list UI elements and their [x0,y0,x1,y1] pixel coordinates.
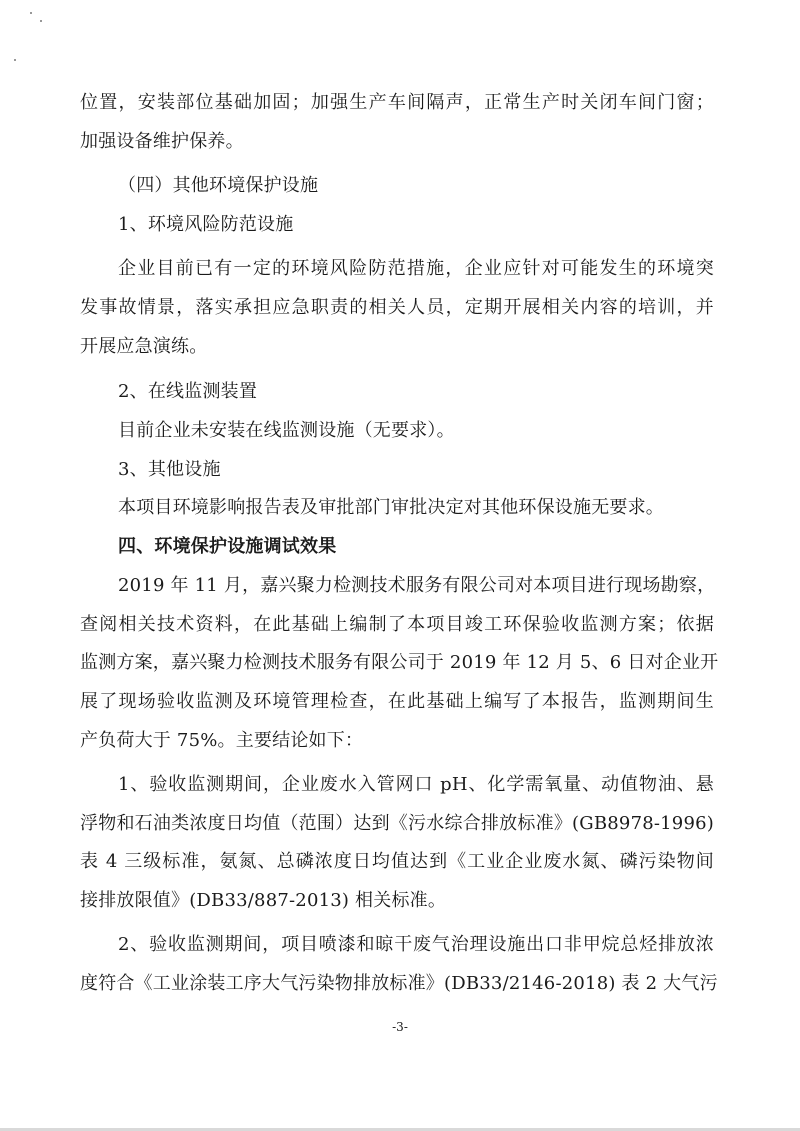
scan-speck [40,20,42,22]
text-line: 1、验收监测期间，企业废水入管网口 pH、化学需氧量、动值物油、悬 [118,773,714,797]
text-line: 表 4 三级标准，氨氮、总磷浓度日均值达到《工业企业废水氮、磷污染物间 [80,850,714,874]
text-line: 本项目环境影响报告表及审批部门审批决定对其他环保设施无要求。 [118,496,714,520]
text-line: 1、环境风险防范设施 [118,213,714,237]
text-line: 2019 年 11 月，嘉兴聚力检测技术服务有限公司对本项目进行现场勘察， [118,574,714,598]
text-line: 开展应急演练。 [80,335,714,359]
document-page: 位置，安装部位基础加固；加强生产车间隔声，正常生产时关闭车间门窗；加强设备维护保… [0,0,800,1131]
text-line: 发事故情景，落实承担应急职责的相关人员，定期开展相关内容的培训，并 [80,296,714,320]
section-heading: 四、环境保护设施调试效果 [118,535,714,559]
text-line: 2、在线监测装置 [118,380,714,404]
text-line: 接排放限值》(DB33/887-2013) 相关标准。 [80,889,714,913]
text-line: 3、其他设施 [118,458,714,482]
page-number: -3- [0,1020,800,1034]
text-line: 2、验收监测期间，项目喷漆和晾干废气治理设施出口非甲烷总烃排放浓 [118,933,714,957]
scan-speck [30,12,32,14]
text-line: （四）其他环境保护设施 [118,174,714,198]
text-line: 展了现场验收监测及环境管理检查，在此基础上编写了本报告，监测期间生 [80,690,714,714]
text-line: 产负荷大于 75%。主要结论如下： [80,729,714,753]
text-line: 浮物和石油类浓度日均值（范围）达到《污水综合排放标准》(GB8978-1996) [80,812,714,836]
scan-speck [14,59,16,61]
text-line: 目前企业未安装在线监测设施（无要求）。 [118,419,714,443]
text-line: 查阅相关技术资料，在此基础上编制了本项目竣工环保验收监测方案；依据 [80,613,714,637]
text-line: 监测方案，嘉兴聚力检测技术服务有限公司于 2019 年 12 月 5、6 日对企… [80,651,714,675]
text-line: 度符合《工业涂装工序大气污染物排放标准》(DB33/2146-2018) 表 2… [80,972,714,996]
text-line: 加强设备维护保养。 [80,130,714,154]
text-line: 企业目前已有一定的环境风险防范措施，企业应针对可能发生的环境突 [118,257,714,281]
text-line: 位置，安装部位基础加固；加强生产车间隔声，正常生产时关闭车间门窗； [80,91,714,115]
